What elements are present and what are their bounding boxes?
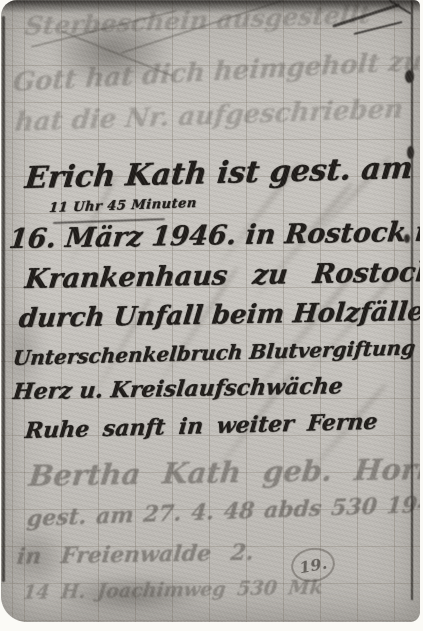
ink-blob (404, 234, 410, 243)
notebook-page: Sterbeschein ausgestellt Gott hat dich h… (1, 0, 420, 622)
pencil-smear (305, 268, 402, 375)
strikethrough-mark (61, 30, 173, 77)
handwriting-bertha-date-line: gest. am 27. 4. 48 abds 530 1948 (26, 493, 420, 530)
top-right-ink-stroke (354, 21, 403, 35)
handwriting-cause-line: durch Unfall beim Holzfällen (18, 299, 420, 332)
pencil-smear (253, 181, 354, 300)
ink-blob (405, 70, 414, 83)
handwriting-faded-line-3: hat die Nr. aufgeschrieben (14, 96, 405, 136)
handwriting-time-note: 11 Uhr 45 Minuten (48, 197, 197, 215)
pencil-smear (212, 370, 296, 476)
handwriting-rest-line: Ruhe sanft in weiter Ferne (24, 411, 379, 442)
pencil-smear (305, 155, 392, 245)
pencil-smear (253, 274, 354, 393)
handwriting-address-line: 14 H. Joachimweg 530 Mk (22, 579, 324, 603)
handwriting-name-line: Erich Kath ist gest. am (24, 154, 414, 194)
handwriting-hospital-line: Krankenhaus zu Rostock (24, 259, 420, 293)
page-right-edge-line (411, 0, 413, 600)
smudge-bottom-left (26, 570, 236, 620)
strikethrough-mark (31, 10, 177, 48)
handwriting-faded-line-2: Gott hat dich heimgeholt zu Gott (12, 45, 420, 96)
page-top-shadow-edge (1, 0, 420, 13)
handwriting-date-line: 16. März 1946. in Rostock im (8, 218, 420, 253)
underline-stroke (53, 218, 165, 223)
smudge-mid-left (1, 290, 53, 410)
pencil-smear (299, 382, 388, 483)
handwriting-place-line: in Freienwalde 2. (16, 542, 255, 568)
smudge-lower-left (1, 515, 81, 600)
pencil-smear (94, 296, 152, 393)
top-right-ink-stroke (332, 3, 400, 27)
handwriting-heart-line: Herz u. Kreislaufschwäche (12, 375, 344, 403)
strikethrough-mark (121, 0, 283, 54)
photo-of-notebook-page: Sterbeschein ausgestellt Gott hat dich h… (0, 0, 423, 631)
page-left-edge-line (2, 16, 5, 582)
ink-blob (407, 146, 414, 159)
pencil-smear (157, 266, 239, 385)
top-right-ink-stroke (388, 0, 411, 15)
circled-page-number: 19. (288, 544, 337, 585)
smudge-top-left (26, 2, 196, 102)
handwriting-injury-line: Unterschenkelbruch Blutvergiftung (12, 337, 416, 368)
handwriting-faded-line-1: Sterbeschein ausgestellt (24, 2, 372, 39)
handwriting-bertha-line: Bertha Kath geb. Horn (27, 455, 420, 491)
pencil-smear (68, 175, 118, 265)
pencil-smear (217, 162, 301, 268)
